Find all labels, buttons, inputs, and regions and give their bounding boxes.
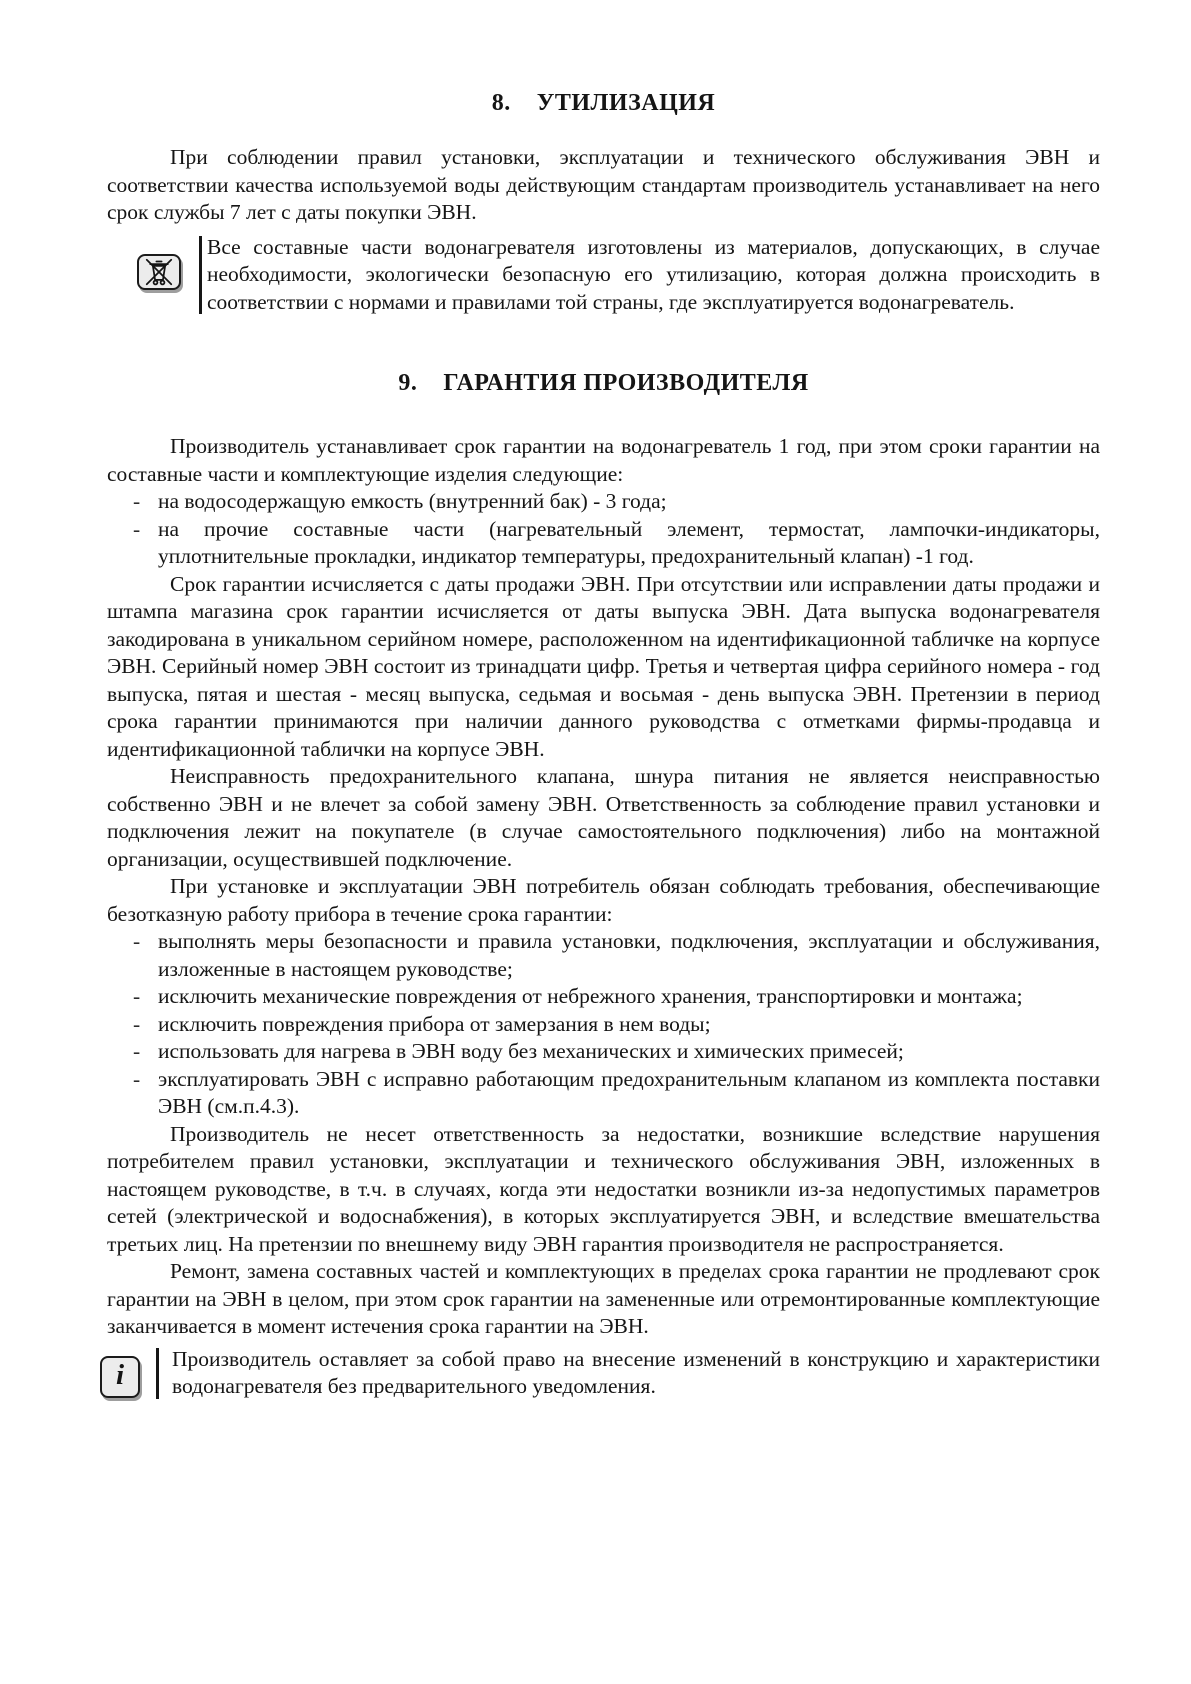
disposal-notice-text: Все составные части водонагревателя изго… [202, 234, 1100, 317]
list-item: -на водосодержащую емкость (внутренний б… [107, 488, 1100, 516]
section-8-heading: 8.УТИЛИЗАЦИЯ [107, 88, 1100, 118]
dash-marker: - [133, 928, 140, 956]
warranty-terms-list: -на водосодержащую емкость (внутренний б… [107, 488, 1100, 571]
repair-paragraph: Ремонт, замена составных частей и компле… [107, 1258, 1100, 1341]
list-item-text: эксплуатировать ЭВН с исправно работающи… [158, 1067, 1100, 1119]
list-item-text: на прочие составные части (нагревательны… [158, 517, 1100, 569]
warranty-intro-paragraph: Производитель устанавливает срок гаранти… [107, 433, 1100, 488]
section-9-number: 9. [398, 368, 417, 398]
info-icon-glyph: i [116, 1361, 124, 1390]
list-item: -исключить повреждения прибора от замерз… [107, 1011, 1100, 1039]
info-notice-text: Производитель оставляет за собой право н… [159, 1346, 1100, 1401]
dash-marker: - [133, 488, 140, 516]
list-item-text: выполнять меры безопасности и правила ус… [158, 929, 1100, 981]
dash-marker: - [133, 1066, 140, 1094]
disposal-notice: Все составные части водонагревателя изго… [107, 234, 1100, 317]
info-icon: i [100, 1356, 140, 1398]
weee-crossed-bin-icon [137, 254, 181, 290]
document-page: 8.УТИЛИЗАЦИЯ При соблюдении правил устан… [0, 0, 1191, 1684]
section-9-title: ГАРАНТИЯ ПРОИЗВОДИТЕЛЯ [443, 370, 808, 396]
list-item: -исключить механические повреждения от н… [107, 983, 1100, 1011]
service-life-paragraph: При соблюдении правил установки, эксплуа… [107, 144, 1100, 227]
user-obligations-paragraph: При установке и эксплуатации ЭВН потреби… [107, 873, 1100, 928]
user-obligations-list: -выполнять меры безопасности и правила у… [107, 928, 1100, 1121]
dash-marker: - [133, 516, 140, 544]
warranty-period-paragraph: Срок гарантии исчисляется с даты продажи… [107, 571, 1100, 764]
section-9-heading: 9.ГАРАНТИЯ ПРОИЗВОДИТЕЛЯ [107, 368, 1100, 398]
liability-paragraph: Производитель не несет ответственность з… [107, 1121, 1100, 1259]
dash-marker: - [133, 1038, 140, 1066]
weee-crossed-bin-glyph [141, 258, 177, 286]
dash-marker: - [133, 983, 140, 1011]
section-8-title: УТИЛИЗАЦИЯ [537, 90, 716, 116]
list-item: -эксплуатировать ЭВН с исправно работающ… [107, 1066, 1100, 1121]
list-item-text: использовать для нагрева в ЭВН воду без … [158, 1039, 904, 1063]
list-item: -выполнять меры безопасности и правила у… [107, 928, 1100, 983]
list-item: -на прочие составные части (нагревательн… [107, 516, 1100, 571]
section-8-number: 8. [492, 88, 511, 118]
info-notice: i Производитель оставляет за собой право… [107, 1346, 1100, 1401]
dash-marker: - [133, 1011, 140, 1039]
list-item-text: исключить повреждения прибора от замерза… [158, 1012, 711, 1036]
list-item-text: исключить механические повреждения от не… [158, 984, 1023, 1008]
valve-fault-paragraph: Неисправность предохранительного клапана… [107, 763, 1100, 873]
list-item: -использовать для нагрева в ЭВН воду без… [107, 1038, 1100, 1066]
list-item-text: на водосодержащую емкость (внутренний ба… [158, 489, 667, 513]
